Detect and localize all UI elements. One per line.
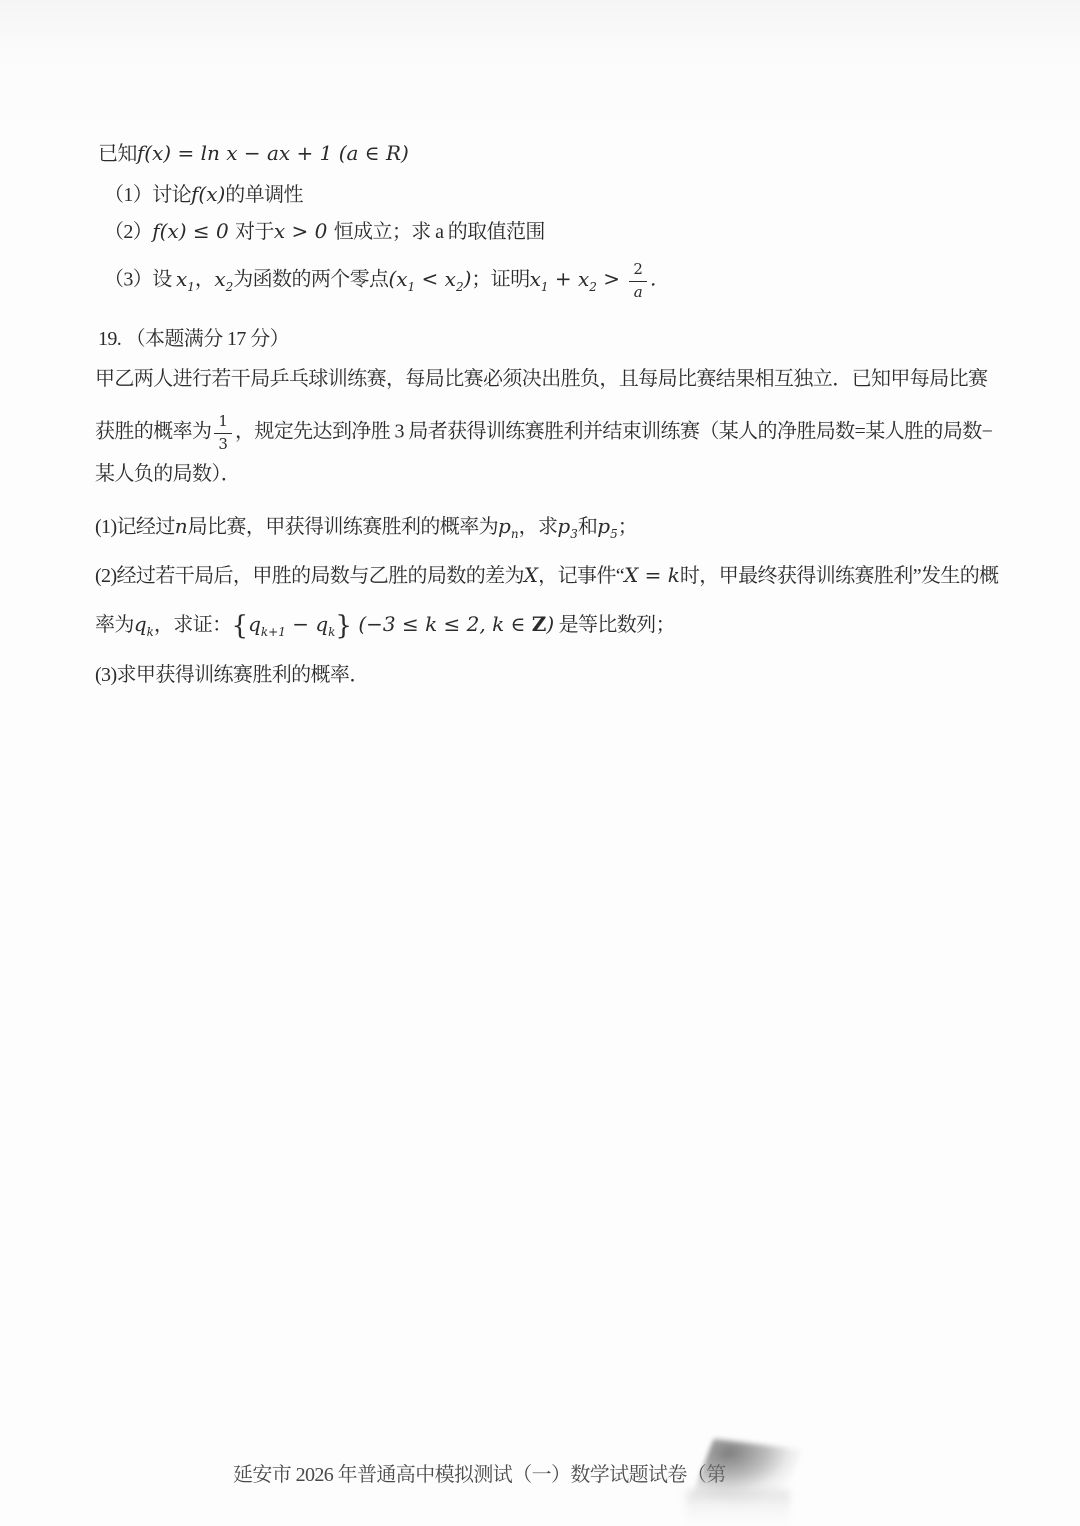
math-subscripted: pn (498, 514, 519, 538)
page-footer: 延安市 2026 年普通高中模拟测试（一）数学试题试卷（第 (233, 1462, 726, 1488)
text-run: ，记事件“ (538, 565, 624, 587)
problem-19-part-3: (3)求甲获得训练赛胜利的概率． (95, 662, 369, 688)
math-subscripted: x2 (214, 267, 233, 291)
text-run: 是等比数列； (554, 614, 675, 636)
math-run: − (286, 612, 315, 636)
text-run: (1)记经过 (95, 516, 175, 538)
math-run: . (650, 267, 656, 291)
math-run: f(x) (191, 182, 225, 206)
text-run: (3)求甲获得训练赛胜利的概率． (95, 664, 369, 686)
text-run: 局比赛，甲获得训练赛胜利的概率为 (188, 516, 498, 538)
text-run: 甲乙两人进行若干局乒乓球训练赛，每局比赛必须决出胜负，且每局比赛结果相互独立．已… (95, 368, 987, 390)
problem-18-part-3: （3）设 x1，x2为函数的两个零点(x1 < x2)；证明x1 + x2 > … (104, 260, 656, 302)
math-subscripted: p3 (557, 514, 577, 538)
text-run: 率为 (95, 614, 134, 636)
problem-18-part-1: （1）讨论f(x)的单调性 (104, 181, 303, 208)
math-subscripted: x1 (176, 267, 195, 291)
problem-18-part-2: （2）f(x) ≤ 0 对于x > 0 恒成立；求 a 的取值范围 (104, 218, 545, 245)
math-run: n (175, 514, 188, 538)
text-run: （2） (104, 221, 152, 243)
math-run: (−3 ≤ k ≤ 2, k ∈ (352, 612, 532, 636)
text-run: 恒成立；求 a 的取值范围 (334, 221, 545, 243)
problem-19-header: 19. （本题满分 17 分） (98, 326, 289, 352)
math-subscripted: qk (134, 612, 154, 636)
text-run: ，求证： (154, 614, 232, 636)
text-run: （3）设 (104, 269, 176, 291)
text-run: 已知 (98, 143, 137, 165)
text-run: ；证明 (471, 269, 529, 291)
math-subscripted: x2 (445, 267, 464, 291)
text-run: ，规定先达到净胜 3 局者获得训练赛胜利并结束训练赛（某人的净胜局数=某人胜的局… (235, 421, 992, 443)
text-run: 获胜的概率为 (95, 421, 211, 443)
text-run: 为函数的两个零点 (233, 269, 388, 291)
math-subscripted: qk+1 (248, 612, 286, 636)
problem-18-intro: 已知f(x) = ln x − ax + 1 (a ∈ R) (98, 140, 409, 167)
math-subscripted: x1 (530, 267, 549, 291)
math-run: f(x) = ln x − ax + 1 (a ∈ R) (137, 141, 409, 165)
math-subscripted: qk (315, 612, 335, 636)
problem-19-part-1: (1)记经过n局比赛，甲获得训练赛胜利的概率为pn，求p3和p5； (95, 513, 637, 540)
text-run: 延安市 2026 年普通高中模拟测试（一）数学试题试卷（第 (233, 1464, 726, 1486)
text-run: 19. （本题满分 17 分） (98, 328, 289, 350)
math-run: X = k (624, 563, 680, 587)
text-run: ， (195, 269, 214, 291)
text-run: 和 (578, 516, 597, 538)
brace-delimiter: { (232, 611, 249, 641)
fraction: 13 (214, 412, 232, 454)
math-run: f(x) ≤ 0 (152, 219, 235, 243)
math-subscripted: x2 (578, 267, 597, 291)
math-run: + (549, 267, 578, 291)
math-subscripted: x1 (396, 267, 415, 291)
text-run: （1）讨论 (104, 184, 191, 206)
text-run: 对于 (235, 221, 274, 243)
brace-delimiter: } (335, 611, 352, 641)
problem-19-body-line-2: 获胜的概率为13，规定先达到净胜 3 局者获得训练赛胜利并结束训练赛（某人的净胜… (95, 412, 992, 454)
fraction: 2a (629, 260, 647, 302)
text-run: ，求 (519, 516, 558, 538)
problem-19-part-2-line-1: (2)经过若干局后，甲胜的局数与乙胜的局数的差为X，记事件“X = k时，甲最终… (95, 562, 999, 589)
math-run: > (597, 267, 626, 291)
text-run: ； (618, 516, 637, 538)
math-run: X (524, 563, 538, 587)
text-run: 某人负的局数）． (95, 463, 240, 485)
math-subscripted: p5 (597, 514, 617, 538)
problem-19-body-line-3: 某人负的局数）． (95, 461, 240, 487)
text-run: 的单调性 (225, 184, 303, 206)
text-run: 时，甲最终获得训练赛胜利”发生的概 (680, 565, 999, 587)
page-curl-shadow-tail (686, 1490, 790, 1526)
problem-19-part-2-line-2: 率为qk，求证：{qk+1 − qk} (−3 ≤ k ≤ 2, k ∈ Z) … (95, 611, 675, 639)
math-run: < (415, 267, 444, 291)
bold-set-symbol: Z (532, 612, 547, 636)
math-run: x > 0 (274, 219, 334, 243)
text-run: (2)经过若干局后，甲胜的局数与乙胜的局数的差为 (95, 565, 524, 587)
problem-19-body-line-1: 甲乙两人进行若干局乒乓球训练赛，每局比赛必须决出胜负，且每局比赛结果相互独立．已… (95, 366, 987, 392)
